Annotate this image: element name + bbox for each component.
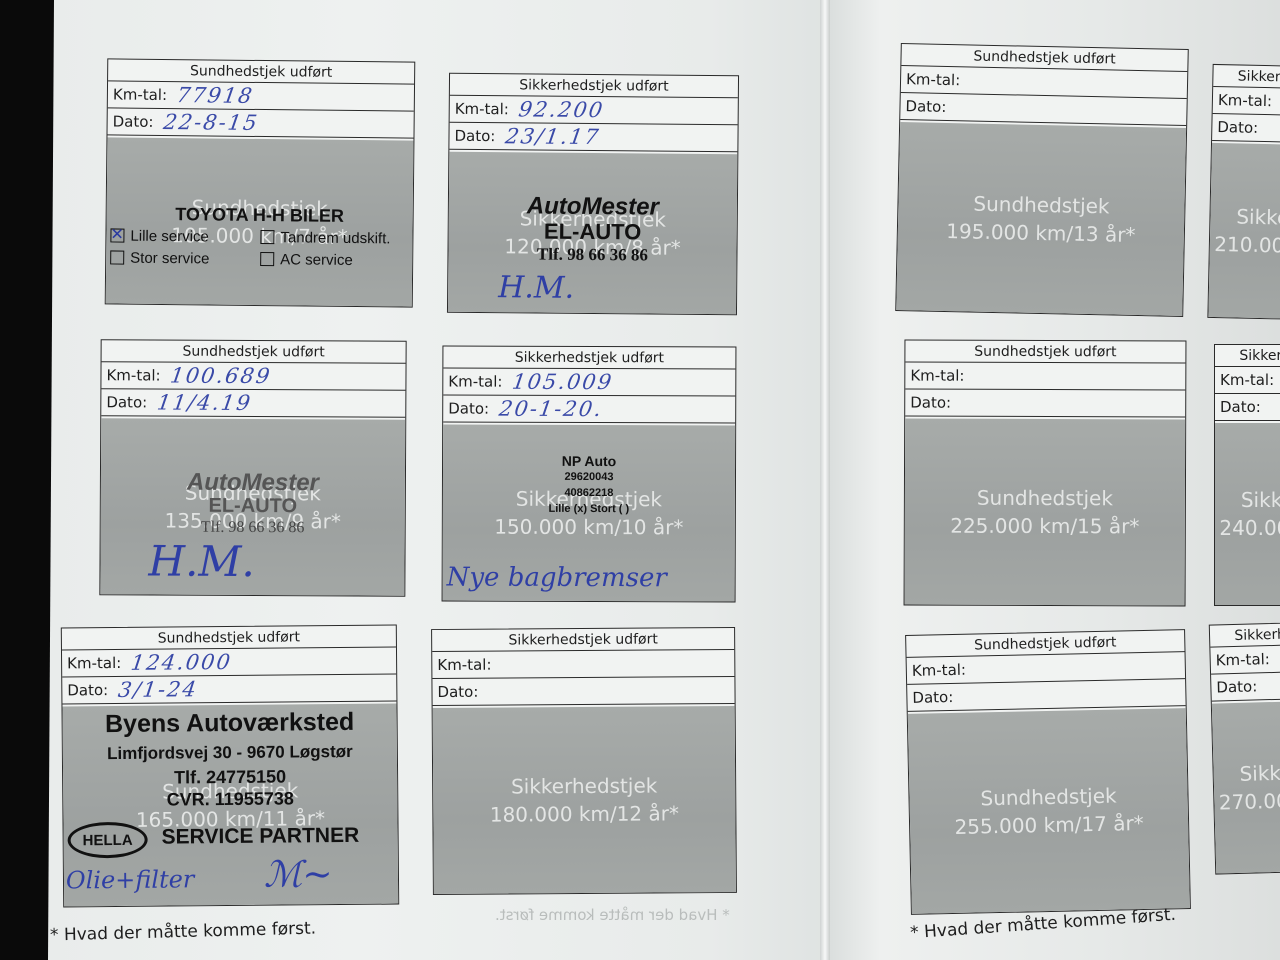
date-row: Dato: xyxy=(432,677,734,706)
km-label: Km-tal: xyxy=(912,661,967,680)
service-card-5: Sundhedstjek udført Km-tal:124.000 Dato:… xyxy=(61,625,399,908)
date-value[interactable]: 3/1-24 xyxy=(117,677,200,702)
card-header: Sundhedstjek udført xyxy=(62,626,396,651)
date-label: Dato: xyxy=(905,97,946,116)
km-label: Km-tal: xyxy=(448,373,502,391)
service-card-4: Sikkerhedstjek udført Km-tal:105.009 Dat… xyxy=(442,345,737,602)
km-label: Km-tal: xyxy=(437,656,491,674)
km-row: Km-tal:77918 xyxy=(108,81,414,111)
km-row: Km-tal:92.200 xyxy=(450,96,738,126)
km-value[interactable]: 100.689 xyxy=(169,364,273,389)
workshop-stamp: TOYOTA H-H BILER xyxy=(107,203,413,227)
km-row: Km-tal: xyxy=(432,650,734,679)
card-body: Sikkerhedstjek240.000 km/16 år* xyxy=(1215,423,1280,605)
checkbox-stor-service[interactable] xyxy=(110,250,124,264)
date-value[interactable]: 22-8-15 xyxy=(162,110,261,135)
date-label: Dato: xyxy=(454,127,495,145)
card-header: Sikkerhedstjek udført xyxy=(443,346,735,369)
card-watermark: Sikkerhedstjek180.000 km/12 år* xyxy=(433,771,735,829)
card-body: Sundhedstjek195.000 km/13 år* xyxy=(896,122,1186,316)
card-header: Sundhedstjek udført xyxy=(108,59,414,84)
km-label: Km-tal: xyxy=(106,366,160,384)
card-watermark: Sundhedstjek225.000 km/15 år* xyxy=(905,484,1185,541)
km-label: Km-tal: xyxy=(1220,371,1274,389)
date-label: Dato: xyxy=(448,400,489,418)
stamp-name: EL-AUTO xyxy=(449,218,737,247)
stamp-name: Byens Autoværksted xyxy=(63,708,397,740)
date-label: Dato: xyxy=(912,688,953,707)
km-label: Km-tal: xyxy=(67,654,121,672)
book-gutter xyxy=(820,0,830,960)
service-card-12: Sikkerhedstjek udført Km-tal: Dato: Sikk… xyxy=(1209,619,1280,874)
service-card-9: Sundhedstjek udført Km-tal: Dato: Sundhe… xyxy=(904,340,1187,607)
service-card-1: Sundhedstjek udført Km-tal:77918 Dato:22… xyxy=(105,58,416,307)
signature: ℳ~ xyxy=(264,854,333,896)
date-row: Dato:20-1-20. xyxy=(443,395,735,423)
km-value[interactable]: 92.200 xyxy=(517,97,606,122)
km-label: Km-tal: xyxy=(113,85,167,104)
checkbox-lille-service[interactable] xyxy=(110,228,124,242)
date-row: Dato: xyxy=(905,390,1185,418)
stamp-phone: Tlf. 98 66 36 86 xyxy=(101,518,405,538)
card-body: Sundhedstjek165.000 km/11 år* Byens Auto… xyxy=(62,704,398,907)
service-card-8: Sikkerhedstjek udført Km-tal: Dato: Sikk… xyxy=(1207,64,1280,322)
stamp-phone: Tlf. 24775150 xyxy=(63,766,397,790)
km-row: Km-tal:105.009 xyxy=(443,368,735,396)
km-row: Km-tal:100.689 xyxy=(101,362,405,391)
handwritten-note: Nye bagbremser xyxy=(447,563,667,594)
signature: H.M. xyxy=(148,536,255,586)
card-header: Sundhedstjek udført xyxy=(102,340,406,364)
np-auto-stamp: NP Auto 29620043 40862218 Lille (x) Stor… xyxy=(443,452,735,517)
service-card-3: Sundhedstjek udført Km-tal:100.689 Dato:… xyxy=(99,339,406,597)
card-watermark: Sikkerhedstjek270.000 km/18 år* xyxy=(1213,755,1280,816)
card-body: Sikkerhedstjek120.000 km/8 år* AutoMeste… xyxy=(448,152,737,315)
checkbox-ac-service[interactable] xyxy=(260,252,274,266)
date-row: Dato:3/1-24 xyxy=(62,675,396,705)
date-row: Dato: xyxy=(907,679,1186,712)
km-label: Km-tal: xyxy=(1215,650,1270,669)
km-label: Km-tal: xyxy=(910,367,964,385)
card-body: Sundhedstjek225.000 km/15 år* xyxy=(905,419,1186,606)
card-body: Sikkerhedstjek150.000 km/10 år* NP Auto … xyxy=(443,424,736,601)
stamp-cvr: CVR. 11955738 xyxy=(63,788,397,812)
date-row: Dato: xyxy=(1212,114,1280,145)
date-row: Dato:22-8-15 xyxy=(107,108,413,138)
km-row: Km-tal:124.000 xyxy=(62,648,396,678)
date-row: Dato:11/4.19 xyxy=(101,389,405,418)
date-row: Dato: xyxy=(900,93,1187,126)
card-body: Sundhedstjek255.000 km/17 år* xyxy=(908,708,1190,914)
hella-logo: HELLA xyxy=(67,822,147,859)
card-watermark: Sundhedstjek255.000 km/17 år* xyxy=(909,780,1188,842)
card-body: Sundhedstjek105.000 km/7 år* TOYOTA H-H … xyxy=(106,137,414,306)
date-label: Dato: xyxy=(1220,398,1261,416)
date-label: Dato: xyxy=(910,394,951,412)
stamp-name: EL-AUTO xyxy=(101,494,405,519)
card-header: Sikkerhedstjek udført xyxy=(432,628,734,652)
km-row: Km-tal: xyxy=(905,363,1185,391)
card-body: Sikkerhedstjek270.000 km/18 år* xyxy=(1212,698,1280,873)
km-row: Km-tal: xyxy=(1210,642,1280,674)
card-header: Sundhedstjek udført xyxy=(905,341,1185,364)
card-watermark: Sikkerhedstjek240.000 km/16 år* xyxy=(1215,486,1280,542)
bleed-through-footnote: * Hvad der måtte komme først. xyxy=(495,906,730,924)
service-card-11: Sundhedstjek udført Km-tal: Dato: Sundhe… xyxy=(905,629,1191,915)
date-label: Dato: xyxy=(1216,677,1257,696)
card-body: Sikkerhedstjek180.000 km/12 år* xyxy=(433,706,736,894)
stamp-brand: AutoMester xyxy=(101,468,405,498)
service-card-7: Sundhedstjek udført Km-tal: Dato: Sundhe… xyxy=(895,43,1189,317)
card-header: Sikkerhedstjek udført xyxy=(450,74,738,99)
km-value[interactable]: 124.000 xyxy=(130,650,234,675)
service-card-10: Sikkerhedstjek udført Km-tal: Dato: Sikk… xyxy=(1214,344,1280,606)
stamp-phone: Tlf. 98 66 36 86 xyxy=(448,244,736,267)
service-options: Lille serviceTandrem udskift. Stor servi… xyxy=(110,225,390,272)
service-card-2: Sikkerhedstjek udført Km-tal:92.200 Dato… xyxy=(447,73,739,316)
stamp-partner: SERVICE PARTNER xyxy=(162,824,360,850)
date-value[interactable]: 11/4.19 xyxy=(155,391,253,415)
date-label: Dato: xyxy=(113,112,154,130)
card-header: Sikkerhedstjek udført xyxy=(1210,620,1280,647)
card-watermark: Sikkerhedstjek210.000 km/14 år* xyxy=(1210,202,1280,262)
date-value[interactable]: 20-1-20. xyxy=(497,397,604,421)
stamp-address: Limfjordsvej 30 - 9670 Løgstør xyxy=(63,742,397,765)
km-label: Km-tal: xyxy=(906,70,961,89)
card-body: Sundhedstjek135.000 km/9 år* AutoMester … xyxy=(100,418,405,596)
card-body: Sikkerhedstjek210.000 km/14 år* xyxy=(1208,143,1280,321)
km-value[interactable]: 77918 xyxy=(175,83,255,108)
date-value[interactable]: 23/1.17 xyxy=(504,124,602,149)
km-row: Km-tal: xyxy=(1215,367,1280,394)
card-watermark: Sundhedstjek195.000 km/13 år* xyxy=(898,188,1185,250)
date-label: Dato: xyxy=(1217,118,1258,137)
date-label: Dato: xyxy=(106,393,147,411)
date-label: Dato: xyxy=(67,681,108,699)
date-label: Dato: xyxy=(437,683,478,701)
signature: H.M. xyxy=(498,270,574,306)
km-label: Km-tal: xyxy=(1218,91,1273,110)
service-card-6: Sikkerhedstjek udført Km-tal: Dato: Sikk… xyxy=(431,627,737,895)
card-header: Sikkerhedstjek udført xyxy=(1215,345,1280,367)
date-row: Dato: xyxy=(1211,669,1280,701)
km-label: Km-tal: xyxy=(455,100,509,118)
checkbox-tandrem[interactable] xyxy=(260,230,274,244)
date-row: Dato: xyxy=(1215,394,1280,421)
date-row: Dato:23/1.17 xyxy=(449,123,737,153)
km-value[interactable]: 105.009 xyxy=(511,370,615,394)
handwritten-note: Olie+filter xyxy=(66,865,195,894)
